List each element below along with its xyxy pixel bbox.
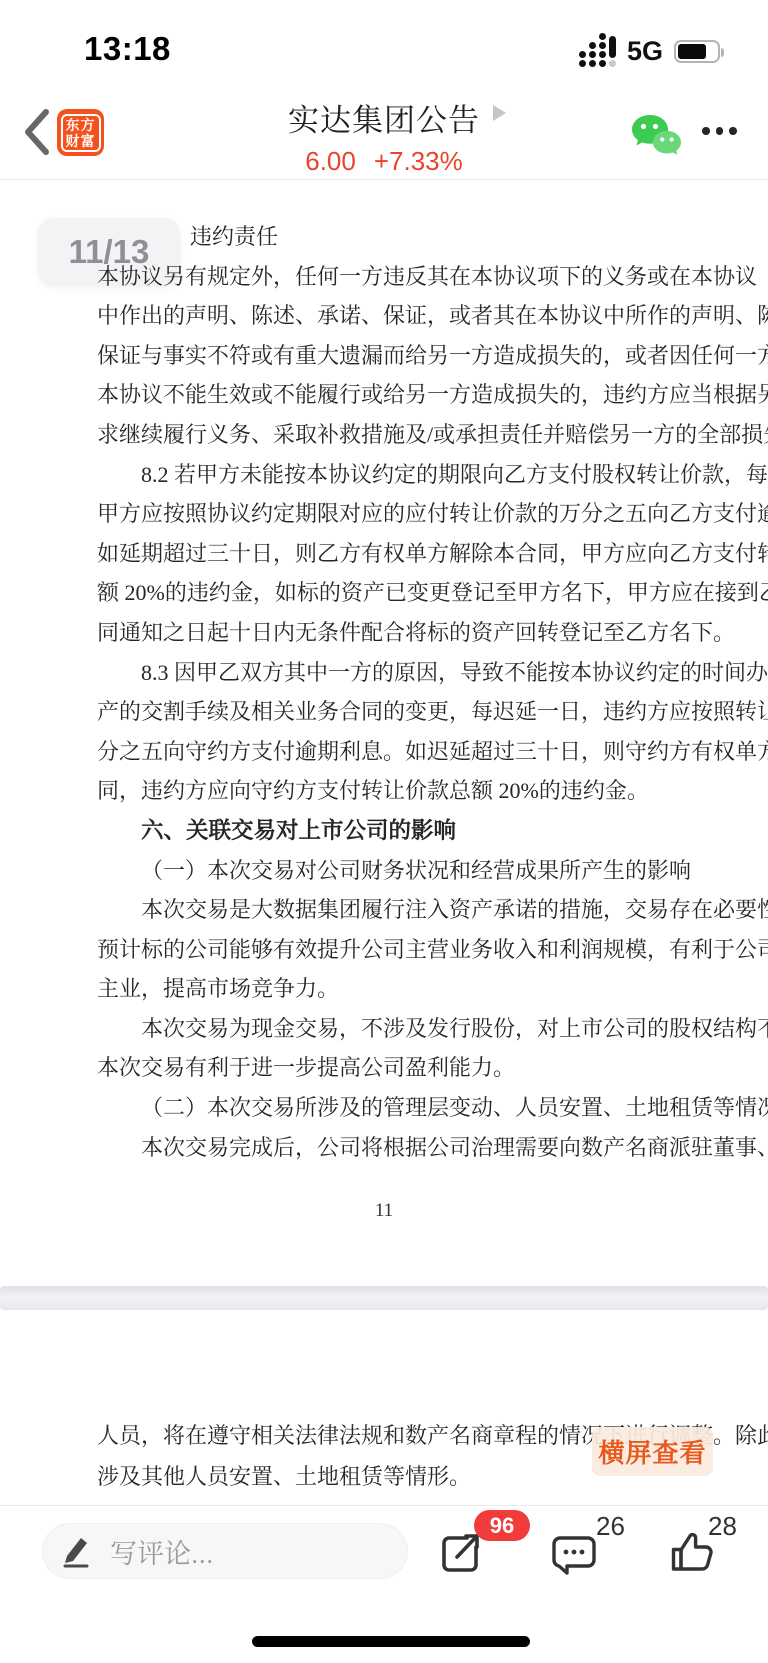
- doc-line: 违约责任: [97, 217, 725, 257]
- page-title: 实达集团公告: [288, 103, 480, 138]
- doc-line: 主业，提高市场竞争力。: [97, 969, 725, 1009]
- comment-input[interactable]: 写评论...: [42, 1523, 408, 1579]
- signal-icon: [579, 37, 616, 67]
- status-icons: 5G: [579, 36, 720, 67]
- doc-line: 8.3 因甲乙双方其中一方的原因，导致不能按本协议约定的时间办理标的资: [97, 653, 725, 693]
- doc-line: 本次交易有利于进一步提高公司盈利能力。: [97, 1048, 725, 1088]
- doc-line: 本次交易完成后，公司将根据公司治理需要向数产名商派驻董事、高级管理: [97, 1128, 725, 1168]
- share-icon[interactable]: [437, 1530, 485, 1578]
- doc-line: 本次交易是大数据集团履行注入资产承诺的措施，交易存在必要性。同时，: [97, 890, 725, 930]
- doc-line: 同通知之日起十日内无条件配合将标的资产回转登记至乙方名下。: [97, 613, 725, 653]
- doc-line: 额 20%的违约金，如标的资产已变更登记至甲方名下，甲方应在接到乙方解除合: [97, 573, 725, 613]
- page-gap-divider: [0, 1286, 768, 1310]
- doc-line: 求继续履行义务、采取补救措施及/或承担责任并赔偿另一方的全部损失。: [97, 415, 725, 455]
- doc-line: 中作出的声明、陈述、承诺、保证，或者其在本协议中所作的声明、陈述、承诺、: [97, 296, 725, 336]
- doc-line: 甲方应按照协议约定期限对应的应付转让价款的万分之五向乙方支付逾期利息。: [97, 494, 725, 534]
- more-menu-icon[interactable]: [702, 127, 737, 135]
- wechat-share-icon[interactable]: [630, 113, 682, 161]
- document-page-11: 违约责任本协议另有规定外，任何一方违反其在本协议项下的义务或在本协议中作出的声明…: [97, 217, 725, 1167]
- doc-line: （二）本次交易所涉及的管理层变动、人员安置、土地租赁等情况: [97, 1088, 725, 1128]
- comment-icon[interactable]: [550, 1535, 598, 1577]
- doc-line: 8.2 若甲方未能按本协议约定的期限向乙方支付股权转让价款，每迟延一日，: [97, 455, 725, 495]
- doc-line: 本次交易为现金交易，不涉及发行股份，对上市公司的股权结构不构成影响。: [97, 1009, 725, 1049]
- landscape-view-button[interactable]: 横屏查看: [592, 1427, 713, 1476]
- chevron-right-icon: [493, 105, 506, 121]
- nav-bar: 东方 财富 实达集团公告 6.00+7.33%: [0, 85, 768, 180]
- doc-line: 分之五向守约方支付逾期利息。如迟延超过三十日，则守约方有权单方解除本合: [97, 732, 725, 772]
- status-bar: 13:18 5G: [0, 0, 768, 85]
- clock: 13:18: [84, 30, 171, 68]
- home-indicator[interactable]: [252, 1636, 530, 1647]
- stock-price: 6.00: [305, 146, 356, 176]
- doc-line: （一）本次交易对公司财务状况和经营成果所产生的影响: [97, 851, 725, 891]
- doc-line: 如延期超过三十日，则乙方有权单方解除本合同，甲方应向乙方支付转让价款总: [97, 534, 725, 574]
- share-count-badge: 96: [474, 1510, 530, 1541]
- pencil-icon: [60, 1534, 92, 1568]
- doc-line: 预计标的公司能够有效提升公司主营业务收入和利润规模，有利于公司聚焦主责: [97, 930, 725, 970]
- doc-line: 六、关联交易对上市公司的影响: [97, 811, 725, 851]
- battery-icon: [674, 40, 720, 63]
- doc-line: 产的交割手续及相关业务合同的变更，每迟延一日，违约方应按照转让价款的万: [97, 692, 725, 732]
- doc-line: 保证与事实不符或有重大遗漏而给另一方造成损失的，或者因任何一方违约致使: [97, 336, 725, 376]
- doc-line: 本协议不能生效或不能履行或给另一方造成损失的，违约方应当根据另一方的要: [97, 375, 725, 415]
- network-type: 5G: [627, 36, 663, 67]
- pdf-page-number: 11: [0, 1200, 768, 1222]
- doc-line: 本协议另有规定外，任何一方违反其在本协议项下的义务或在本协议: [97, 257, 725, 297]
- like-count: 28: [708, 1511, 737, 1542]
- comment-placeholder: 写评论...: [110, 1532, 214, 1571]
- doc-line: 同，违约方应向守约方支付转让价款总额 20%的违约金。: [97, 771, 725, 811]
- screen: 13:18 5G 东方 财富 实达集团公告: [0, 0, 768, 1663]
- stock-change: +7.33%: [374, 146, 463, 176]
- comment-count: 26: [596, 1511, 625, 1542]
